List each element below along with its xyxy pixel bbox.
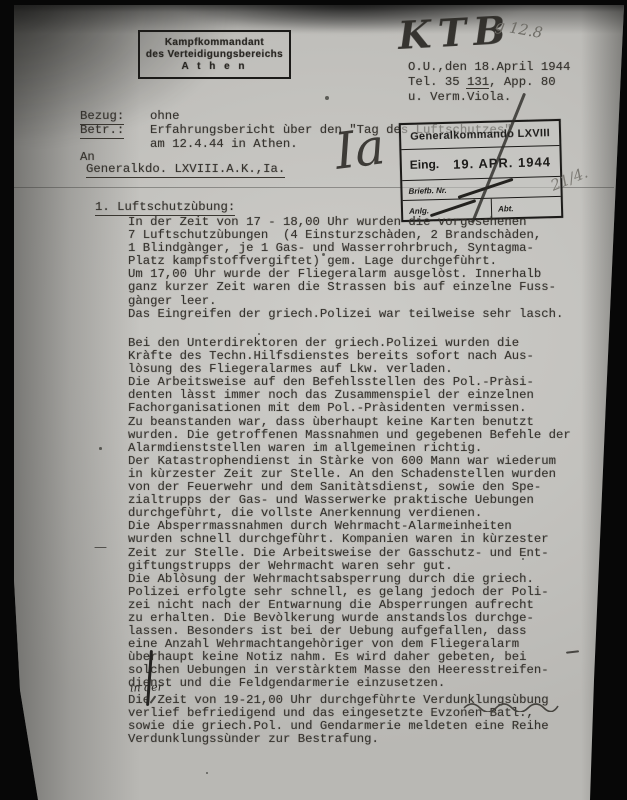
betr-label: Betr.: [80, 124, 124, 139]
dust-speck [325, 96, 329, 100]
scanned-document-photo: Kampfkommandant des Verteidigungsbereich… [0, 0, 627, 800]
sender-line-3: A t h e n [142, 61, 287, 73]
tel-number-underline [466, 88, 489, 89]
date-block: O.U.,den 18.April 1944 Tel. 35 131, App.… [408, 60, 570, 105]
ia-handwriting: Ia [332, 117, 388, 181]
stamp-office-name: Generalkommando LXVIII [410, 127, 550, 143]
dust-speck [206, 772, 208, 774]
betr-value-line2: am 12.4.44 in Athen. [150, 138, 298, 151]
stamp-department-label: Abt. [498, 204, 514, 213]
receipt-stamp: Generalkommando LXVIII Eing. 19. APR. 19… [399, 119, 564, 222]
margin-dash-mark: — [94, 540, 107, 555]
stamp-journal-label: Briefb. Nr. [408, 186, 446, 196]
dust-speck [432, 462, 434, 464]
document-page: Kampfkommandant des Verteidigungsbereich… [0, 0, 627, 800]
sender-line-2: des Verteidigungsbereichs [142, 49, 287, 61]
pen-underscore-mark [566, 650, 579, 653]
body-paragraph-1: In der Zeit von 17 - 18,00 Uhr wurden di… [128, 216, 563, 321]
dust-speck [99, 447, 102, 450]
dust-speck [522, 558, 524, 560]
bezug-value: ohne [150, 110, 180, 123]
sender-stamp-box: Kampfkommandant des Verteidigungsbereich… [138, 30, 291, 79]
body-paragraph-2: Bei den Unterdirektoren der griech.Poliz… [128, 337, 571, 691]
section-title: 1. Luftschutzùbung: [95, 201, 235, 216]
an-value: Generalkdo. LXVIII.A.K.,Ia. [86, 163, 285, 178]
dust-speck [322, 253, 325, 256]
stamp-received-label: Eing. [410, 157, 440, 172]
dust-speck [258, 333, 260, 335]
stamp-received-date: 19. APR. 1944 [453, 154, 551, 172]
pen-squiggle [462, 700, 562, 712]
sender-line-1: Kampfkommandant [142, 37, 287, 49]
